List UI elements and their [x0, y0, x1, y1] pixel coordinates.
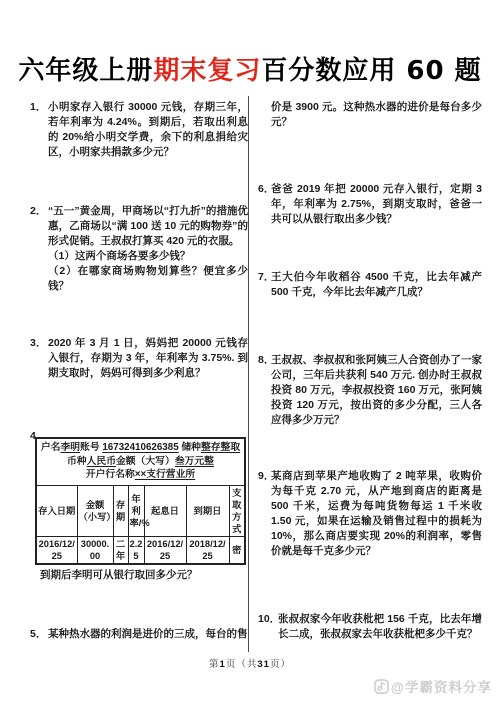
problem-7-number: 7． [258, 270, 271, 285]
col-term: 存期 [113, 486, 128, 537]
problem-5: 5． 某种热水器的利润是进价的三成，每台的售 [30, 627, 248, 642]
problem-10-text: 张叔叔家今年收获枇杷 156 千克，比去年增长二成，张叔叔家去年收获枇杷多少千克… [278, 612, 482, 642]
cell-value-date: 2016/12/25 [144, 536, 186, 563]
problem-2-main: “五一”黄金周，甲商场以“打九折”的措施优惠，乙商场以“满 100 送 10 元… [48, 204, 248, 249]
footer-prefix: 第 [209, 659, 220, 670]
passbook-table: 户名李明账号 16732410626385 储种整存整取 币种人民币金额（大写）… [35, 437, 246, 565]
problem-9-text: 某商店到苹果产地收购了 2 吨苹果，收购价为每千克 2.70 元，从产地到商店的… [271, 469, 482, 559]
label-account-name: 户名 [41, 442, 61, 453]
col-deposit-date: 存入日期 [37, 486, 77, 537]
cell-amount-figures: 30000.00 [77, 536, 113, 563]
problem-5-text: 某种热水器的利润是进价的三成，每台的售 [48, 627, 248, 642]
problem-2: 2． “五一”黄金周，甲商场以“打九折”的措施优惠，乙商场以“满 100 送 1… [30, 204, 248, 294]
problem-9-number: 9． [258, 469, 271, 484]
value-account-no: 16732410626385 [102, 442, 178, 453]
value-currency: 人民币 [87, 456, 116, 467]
problem-10: 10． 张叔叔家今年收获枇杷 156 千克，比去年增长二成，张叔叔家去年收获枇杷… [258, 612, 482, 642]
col-maturity-date: 到期日 [186, 486, 229, 537]
problem-2-sub2: （2）在哪家商场购物划算些？便宜多少钱？ [48, 264, 248, 294]
problem-9: 9． 某商店到苹果产地收购了 2 吨苹果，收购价为每千克 2.70 元，从产地到… [258, 469, 482, 559]
value-amount-words: 叁万元整 [175, 456, 214, 467]
problem-8-number: 8． [258, 353, 271, 368]
label-currency: 币种 [67, 456, 87, 467]
col-value-date: 起息日 [144, 486, 186, 537]
label-account-no: 账号 [80, 442, 102, 453]
problem-8-text: 王叔叔、李叔叔和张阿姨三人合资创办了一家公司，三年后共获利 540 万元. 创办… [271, 353, 482, 428]
label-branch: 开户行名称 [86, 469, 135, 480]
cell-interest-rate: 2.25 [128, 536, 144, 563]
problem-8: 8． 王叔叔、李叔叔和张阿姨三人合资创办了一家公司，三年后共获利 540 万元.… [258, 353, 482, 428]
title-part1: 六年级上册 [18, 56, 153, 86]
problem-4-question: 到期后李明可从银行取回多少元？ [40, 567, 198, 582]
problem-2-number: 2． [30, 204, 48, 219]
problem-1-text: 小明家存入银行 30000 元钱，存期三年，若年利率为 4.24%。到期后，若取… [48, 100, 248, 160]
problem-7-text: 王大伯今年收稻谷 4500 千克，比去年减产 500 千克，今年比去年减产几成？ [271, 270, 482, 300]
title-highlight: 期末复习 [153, 56, 261, 86]
label-deposit-type: 储种 [179, 442, 201, 453]
cell-term: 二年 [113, 536, 128, 563]
watermark: @学霸资料分享 [374, 676, 492, 696]
problem-5-continuation: 价是 3900 元。这种热水器的进价是每台多少元？ [271, 100, 482, 130]
watermark-handle: @学霸资料分享 [391, 676, 492, 696]
problem-6-text: 爸爸 2019 年把 20000 元存入银行，定期 3 年，年利率为 2.75%… [271, 182, 482, 227]
problem-3: 3． 2020 年 3 月 1 日，妈妈把 20000 元钱存入银行，存期为 3… [30, 336, 248, 381]
page-title: 六年级上册期末复习百分数应用 60 题 [0, 50, 500, 87]
passbook-header-line3: 开户行名称××支行营业所 [40, 468, 241, 482]
problem-3-text: 2020 年 3 月 1 日，妈妈把 20000 元钱存入银行，存期为 3 年，… [48, 336, 248, 381]
problem-6-number: 6． [258, 182, 271, 197]
col-withdrawal-method: 支取方式 [229, 486, 244, 537]
passbook-header: 户名李明账号 16732410626385 储种整存整取 币种人民币金额（大写）… [37, 439, 244, 486]
video-logo-icon [374, 679, 389, 694]
right-column: 价是 3900 元。这种热水器的进价是每台多少元？ 6． 爸爸 2019 年把 … [256, 98, 482, 654]
left-column: 1． 小明家存入银行 30000 元钱，存期三年，若年利率为 4.24%。到期后… [22, 98, 248, 654]
column-divider [248, 96, 249, 652]
col-amount-figures: 金额（小写） [77, 486, 113, 537]
cell-maturity-date: 2018/12/25 [186, 536, 229, 563]
passbook-header-row: 存入日期 金额（小写） 存期 年利率/% 起息日 到期日 支取方式 [37, 486, 244, 537]
footer-total-pages: 31 [257, 659, 270, 670]
problem-10-number: 10． [258, 612, 278, 627]
problem-1-number: 1． [30, 100, 48, 115]
footer-suffix: 页） [270, 659, 291, 670]
problem-2-text: “五一”黄金周，甲商场以“打九折”的措施优惠，乙商场以“满 100 送 10 元… [48, 204, 248, 294]
value-deposit-type: 整存整取 [201, 442, 240, 453]
cell-withdrawal-method: 密 [229, 536, 244, 563]
label-amount-words: 金额（大写） [116, 456, 175, 467]
problem-1: 1． 小明家存入银行 30000 元钱，存期三年，若年利率为 4.24%。到期后… [30, 100, 248, 160]
cell-deposit-date: 2016/12/25 [37, 536, 77, 563]
problem-3-number: 3． [30, 336, 48, 351]
passbook-grid: 存入日期 金额（小写） 存期 年利率/% 起息日 到期日 支取方式 2016/1… [37, 486, 244, 563]
col-interest-rate: 年利率/% [128, 486, 144, 537]
page-footer: 第1页（共31页） [0, 656, 500, 670]
passbook-header-line1: 户名李明账号 16732410626385 储种整存整取 [40, 441, 241, 455]
problem-2-sub1: （1）这两个商场各要多少钱？ [48, 249, 248, 264]
passbook-header-line2: 币种人民币金额（大写）叁万元整 [40, 455, 241, 469]
value-account-name: 李明 [60, 442, 80, 453]
worksheet-page: 六年级上册期末复习百分数应用 60 题 1． 小明家存入银行 30000 元钱，… [0, 0, 500, 707]
passbook-data-row: 2016/12/25 30000.00 二年 2.25 2016/12/25 2… [37, 536, 244, 563]
footer-middle: 页（共 [226, 659, 258, 670]
value-branch: ××支行营业所 [135, 469, 195, 480]
problem-6: 6． 爸爸 2019 年把 20000 元存入银行，定期 3 年，年利率为 2.… [258, 182, 482, 227]
problem-7: 7． 王大伯今年收稻谷 4500 千克，比去年减产 500 千克，今年比去年减产… [258, 270, 482, 300]
title-part2: 百分数应用 60 题 [261, 56, 481, 86]
problem-5-number: 5． [30, 627, 48, 642]
